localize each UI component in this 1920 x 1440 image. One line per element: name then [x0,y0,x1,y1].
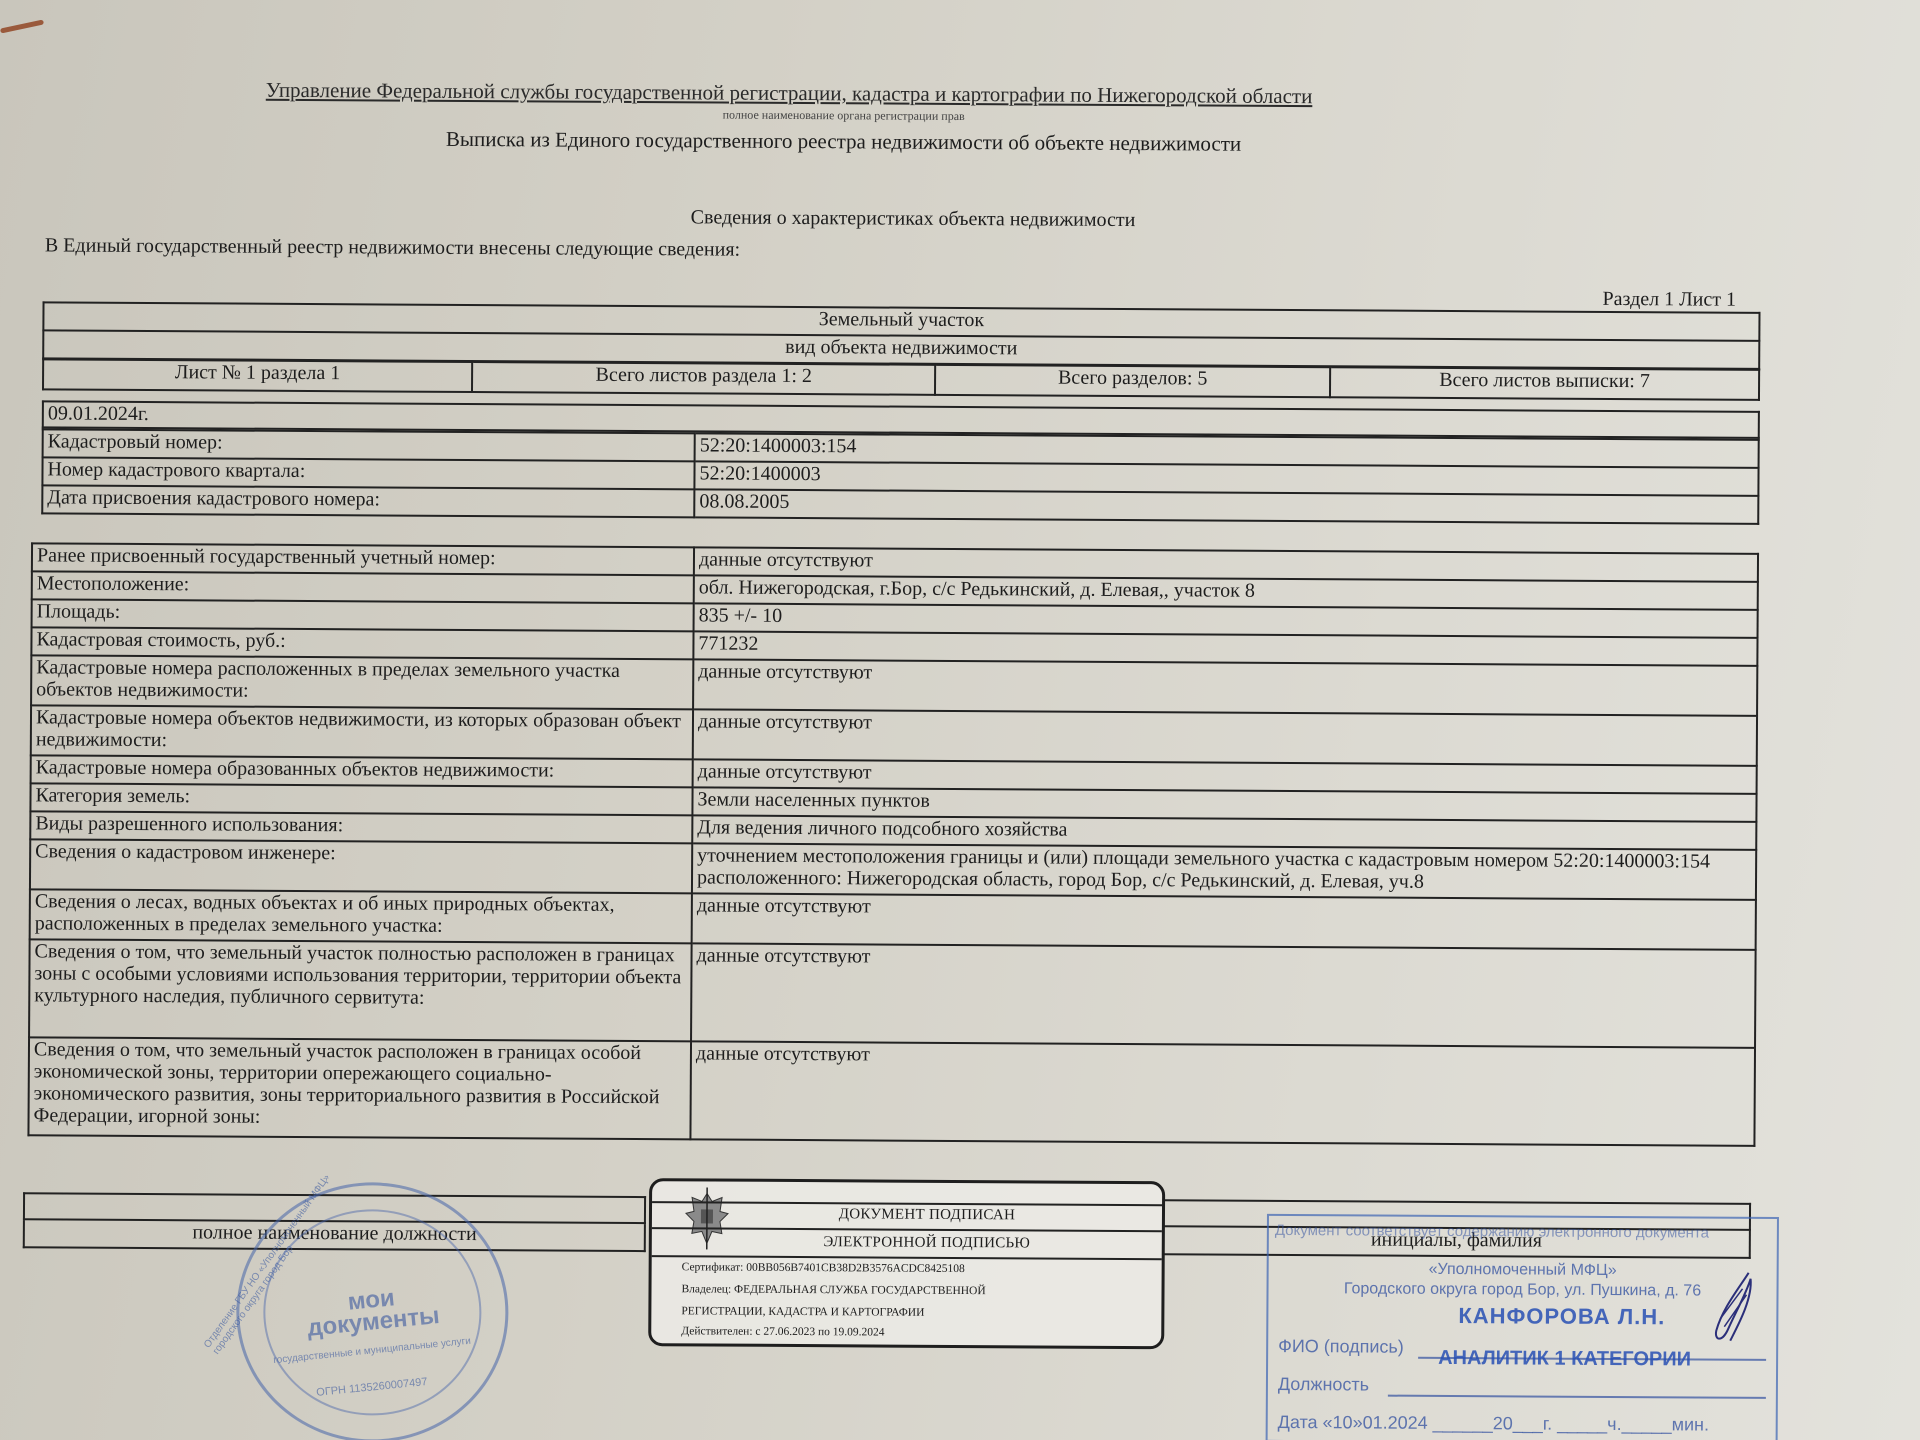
field-value: данные отсутствуют [693,709,1757,765]
handwritten-signature-icon [1708,1269,1758,1349]
field-label: Сведения о том, что земельный участок по… [29,939,692,1041]
field-value: 08.08.2005 [694,489,1758,523]
field-label: Кадастровая стоимость, руб.: [31,627,693,659]
field-label: Кадастровые номера образованных объектов… [31,755,693,787]
stamp-org-name: «Уполномоченный МФЦ» [1269,1260,1777,1281]
ids-table: Кадастровый номер: 52:20:1400003:154 Ном… [41,428,1759,524]
stamp-top-text: Документ соответствует содержанию электр… [1275,1222,1709,1242]
section-title: Сведения о характеристиках объекта недви… [3,202,1823,236]
field-label: Ранее присвоенный государственный учетны… [32,543,694,575]
characteristics-table: Ранее присвоенный государственный учетны… [27,542,1759,1147]
table-row: Сведения о том, что земельный участок ра… [28,1037,1755,1146]
field-label: Сведения о том, что земельный участок ра… [28,1037,691,1139]
total-sections: Всего разделов: 5 [935,365,1330,397]
esign-certificate: Сертификат: 00BB056B7401CB38D2B3576ACDC8… [682,1261,965,1275]
field-value: уточнением местоположения границы и (или… [692,843,1756,899]
total-sheets: Всего листов выписки: 7 [1330,367,1759,400]
field-label: Площадь: [32,599,694,631]
stamp-fio-label: ФИО (подпись) [1278,1336,1404,1358]
esign-owner-1: Владелец: ФЕДЕРАЛЬНАЯ СЛУЖБА ГОСУДАРСТВЕ… [681,1283,985,1297]
esign-title-1: ДОКУМЕНТ ПОДПИСАН [652,1205,1162,1225]
section-sheets-count: Всего листов раздела 1: 2 [472,362,935,395]
field-value: данные отсутствуют [692,893,1756,949]
document-page: Управление Федеральной службы государств… [0,0,1920,1440]
stamp-position-value: АНАЛИТИК 1 КАТЕГОРИИ [1438,1347,1691,1372]
esign-owner-2: РЕГИСТРАЦИИ, КАДАСТРА И КАРТОГРАФИИ [681,1305,924,1318]
sheet-reference: Раздел 1 Лист 1 [1603,288,1737,312]
intro-text: В Единый государственный реестр недвижим… [45,234,740,261]
stamp-date-line: Дата «10»01.2024 ______20___г. _____ч.__… [1278,1412,1709,1436]
esign-title-2: ЭЛЕКТРОННОЙ ПОДПИСЬЮ [652,1233,1162,1253]
field-value: данные отсутствуют [693,659,1757,715]
field-label: Дата присвоения кадастрового номера: [42,485,694,517]
field-label: Виды разрешенного использования: [30,811,692,843]
field-label: Категория земель: [30,783,692,815]
field-label: Кадастровый номер: [43,429,695,461]
field-label: Местоположение: [32,571,694,603]
field-value: данные отсутствуют [691,943,1756,1047]
field-label: Кадастровые номера объектов недвижимости… [31,705,693,759]
esign-valid: Действителен: с 27.06.2023 по 19.09.2024 [681,1325,884,1338]
stamp-org-address: Городского округа город Бор, ул. Пушкина… [1268,1280,1776,1301]
electronic-signature-block: ДОКУМЕНТ ПОДПИСАН ЭЛЕКТРОННОЙ ПОДПИСЬЮ С… [648,1178,1165,1349]
field-value: данные отсутствуют [690,1041,1755,1145]
mfc-certification-stamp: Документ соответствует содержанию электр… [1266,1214,1779,1440]
field-label: Номер кадастрового квартала: [42,457,694,489]
sheet-number: Лист № 1 раздела 1 [43,359,472,392]
org-caption: полное наименование органа регистрации п… [4,103,1684,128]
doc-title: Выписка из Единого государственного реес… [3,124,1683,159]
field-label: Сведения о лесах, водных объектах и об и… [30,889,692,943]
stamp-officer-name: КАНФОРОВА Л.Н. [1458,1303,1665,1330]
field-label: Сведения о кадастровом инженере: [30,839,692,893]
table-row: Сведения о том, что земельный участок по… [29,939,1756,1048]
stamp-position-label: Должность [1278,1374,1369,1396]
mfc-round-stamp: Отделение ГБУ НО «Уполномоченный МФЦ» го… [236,1182,510,1440]
field-label: Кадастровые номера расположенных в преде… [31,655,693,709]
